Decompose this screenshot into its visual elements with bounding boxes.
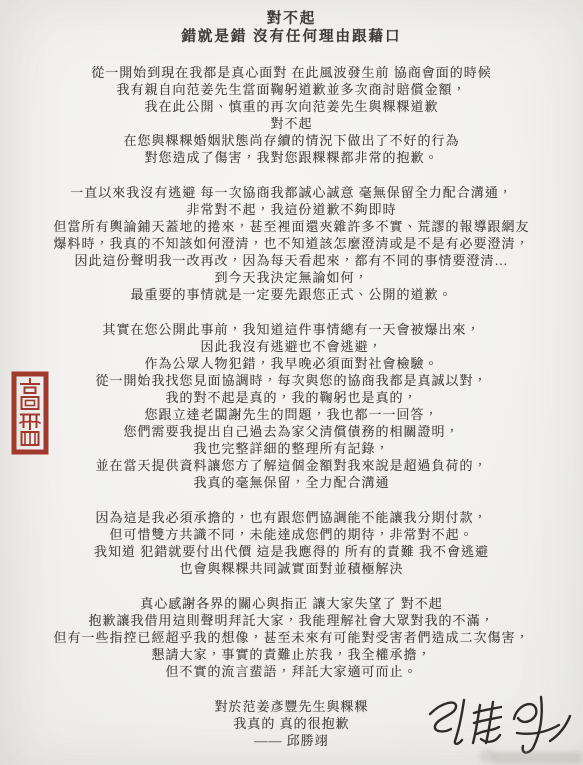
text-line: 非常對不起，我這份道歉不夠即時: [0, 201, 583, 218]
letter-heading: 對不起錯就是錯 沒有任何理由跟藉口: [0, 10, 583, 46]
seal-icon: [11, 371, 49, 455]
apology-letter: 對不起錯就是錯 沒有任何理由跟藉口從一開始到現在我都是真心面對 在此風波發生前 …: [0, 0, 583, 765]
text-line: 但不實的流言蜚語，拜託大家適可而止。: [0, 663, 583, 680]
text-line: 從一開始到現在我都是真心面對 在此風波發生前 協商會面的時候: [0, 64, 583, 81]
text-line: 在您與粿粿婚姻狀態尚存續的情況下做出了不好的行為: [0, 132, 583, 149]
text-line: 到今天我決定無論如何，: [0, 269, 583, 286]
text-line: 因此我沒有逃避也不會逃避，: [0, 338, 583, 355]
letter-paragraph: 真心感謝各界的關心與指正 讓大家失望了 對不起抱歉讓我借用這則聲明拜託大家，我能…: [0, 595, 583, 680]
text-line: 最重要的事情就是一定要先跟您正式、公開的道歉。: [0, 286, 583, 303]
text-line: 對不起: [0, 115, 583, 132]
letter-paragraph: 一直以來我沒有逃避 每一次協商我都誠心誠意 毫無保留全力配合溝通，非常對不起，我…: [0, 184, 583, 303]
letter-paragraph: 其實在您公開此事前，我知道這件事情總有一天會被爆出來，因此我沒有逃避也不會逃避，…: [0, 321, 583, 491]
text-line: 您們需要我提出自己過去為家父清償債務的相關證明，: [0, 423, 583, 440]
text-line: 一直以來我沒有逃避 每一次協商我都誠心誠意 毫無保留全力配合溝通，: [0, 184, 583, 201]
text-line: 我真的毫無保留，全力配合溝通: [0, 474, 583, 491]
text-line: 並在當天提供資料讓您方了解這個金額對我來說是超過負荷的，: [0, 457, 583, 474]
text-line: 錯就是錯 沒有任何理由跟藉口: [0, 28, 583, 46]
text-line: 對您造成了傷害，我對您跟粿粿都非常的抱歉。: [0, 149, 583, 166]
signature-icon: [422, 688, 578, 762]
text-line: 我有親自向范姜先生當面鞠躬道歉並多次商討賠償金額，: [0, 81, 583, 98]
text-line: 真心感謝各界的關心與指正 讓大家失望了 對不起: [0, 595, 583, 612]
text-line: 您跟立達老闆謝先生的問題，我也都一一回答，: [0, 406, 583, 423]
text-line: 但可惜雙方共識不同，未能達成您們的期待，非常對不起。: [0, 526, 583, 543]
text-line: 但當所有輿論鋪天蓋地的捲來，甚至裡面還夾雜許多不實、荒謬的報導跟網友: [0, 218, 583, 235]
text-line: 對不起: [0, 10, 583, 28]
watermark-dot: [479, 749, 495, 763]
text-line: 因此這份聲明我一改再改，因為每天看起來，都有不同的事情要澄清…: [0, 252, 583, 269]
letter-paragraph: 從一開始到現在我都是真心面對 在此風波發生前 協商會面的時候我有親自向范姜先生當…: [0, 64, 583, 166]
letter-paragraph: 因為這是我必須承擔的，也有跟您們協調能不能讓我分期付款，但可惜雙方共識不同，未能…: [0, 509, 583, 577]
text-line: 懇請大家，事實的責難止於我，我全權承擔，: [0, 646, 583, 663]
watermark-smudge: [492, 752, 582, 764]
text-line: 我知道 犯錯就要付出代價 這是我應得的 所有的責難 我不會逃避: [0, 543, 583, 560]
letter-body: 對不起錯就是錯 沒有任何理由跟藉口從一開始到現在我都是真心面對 在此風波發生前 …: [0, 0, 583, 765]
signature-handwritten: [422, 688, 578, 762]
red-seal-stamp: [11, 371, 49, 455]
text-line: 從一開始我找您見面協調時，每次與您的協商我都是真誠以對，: [0, 372, 583, 389]
text-line: 爆料時，我真的不知該如何澄清，也不知道該怎麼澄清或是不是有必要澄清，: [0, 235, 583, 252]
text-line: 也會與粿粿共同誠實面對並積極解決: [0, 560, 583, 577]
text-line: 我在此公開、慎重的再次向范姜先生與粿粿道歉: [0, 98, 583, 115]
text-line: 其實在您公開此事前，我知道這件事情總有一天會被爆出來，: [0, 321, 583, 338]
text-line: 我也完整詳細的整理所有記錄，: [0, 440, 583, 457]
text-line: 作為公眾人物犯錯，我早晚必須面對社會檢驗。: [0, 355, 583, 372]
text-line: 我的對不起是真的，我的鞠躬也是真的，: [0, 389, 583, 406]
text-line: 但有一些指控已經超乎我的想像，甚至未來有可能對受害者們造成二次傷害，: [0, 629, 583, 646]
text-line: 抱歉讓我借用這則聲明拜託大家，我能理解社會大眾對我的不滿，: [0, 612, 583, 629]
text-line: 因為這是我必須承擔的，也有跟您們協調能不能讓我分期付款，: [0, 509, 583, 526]
